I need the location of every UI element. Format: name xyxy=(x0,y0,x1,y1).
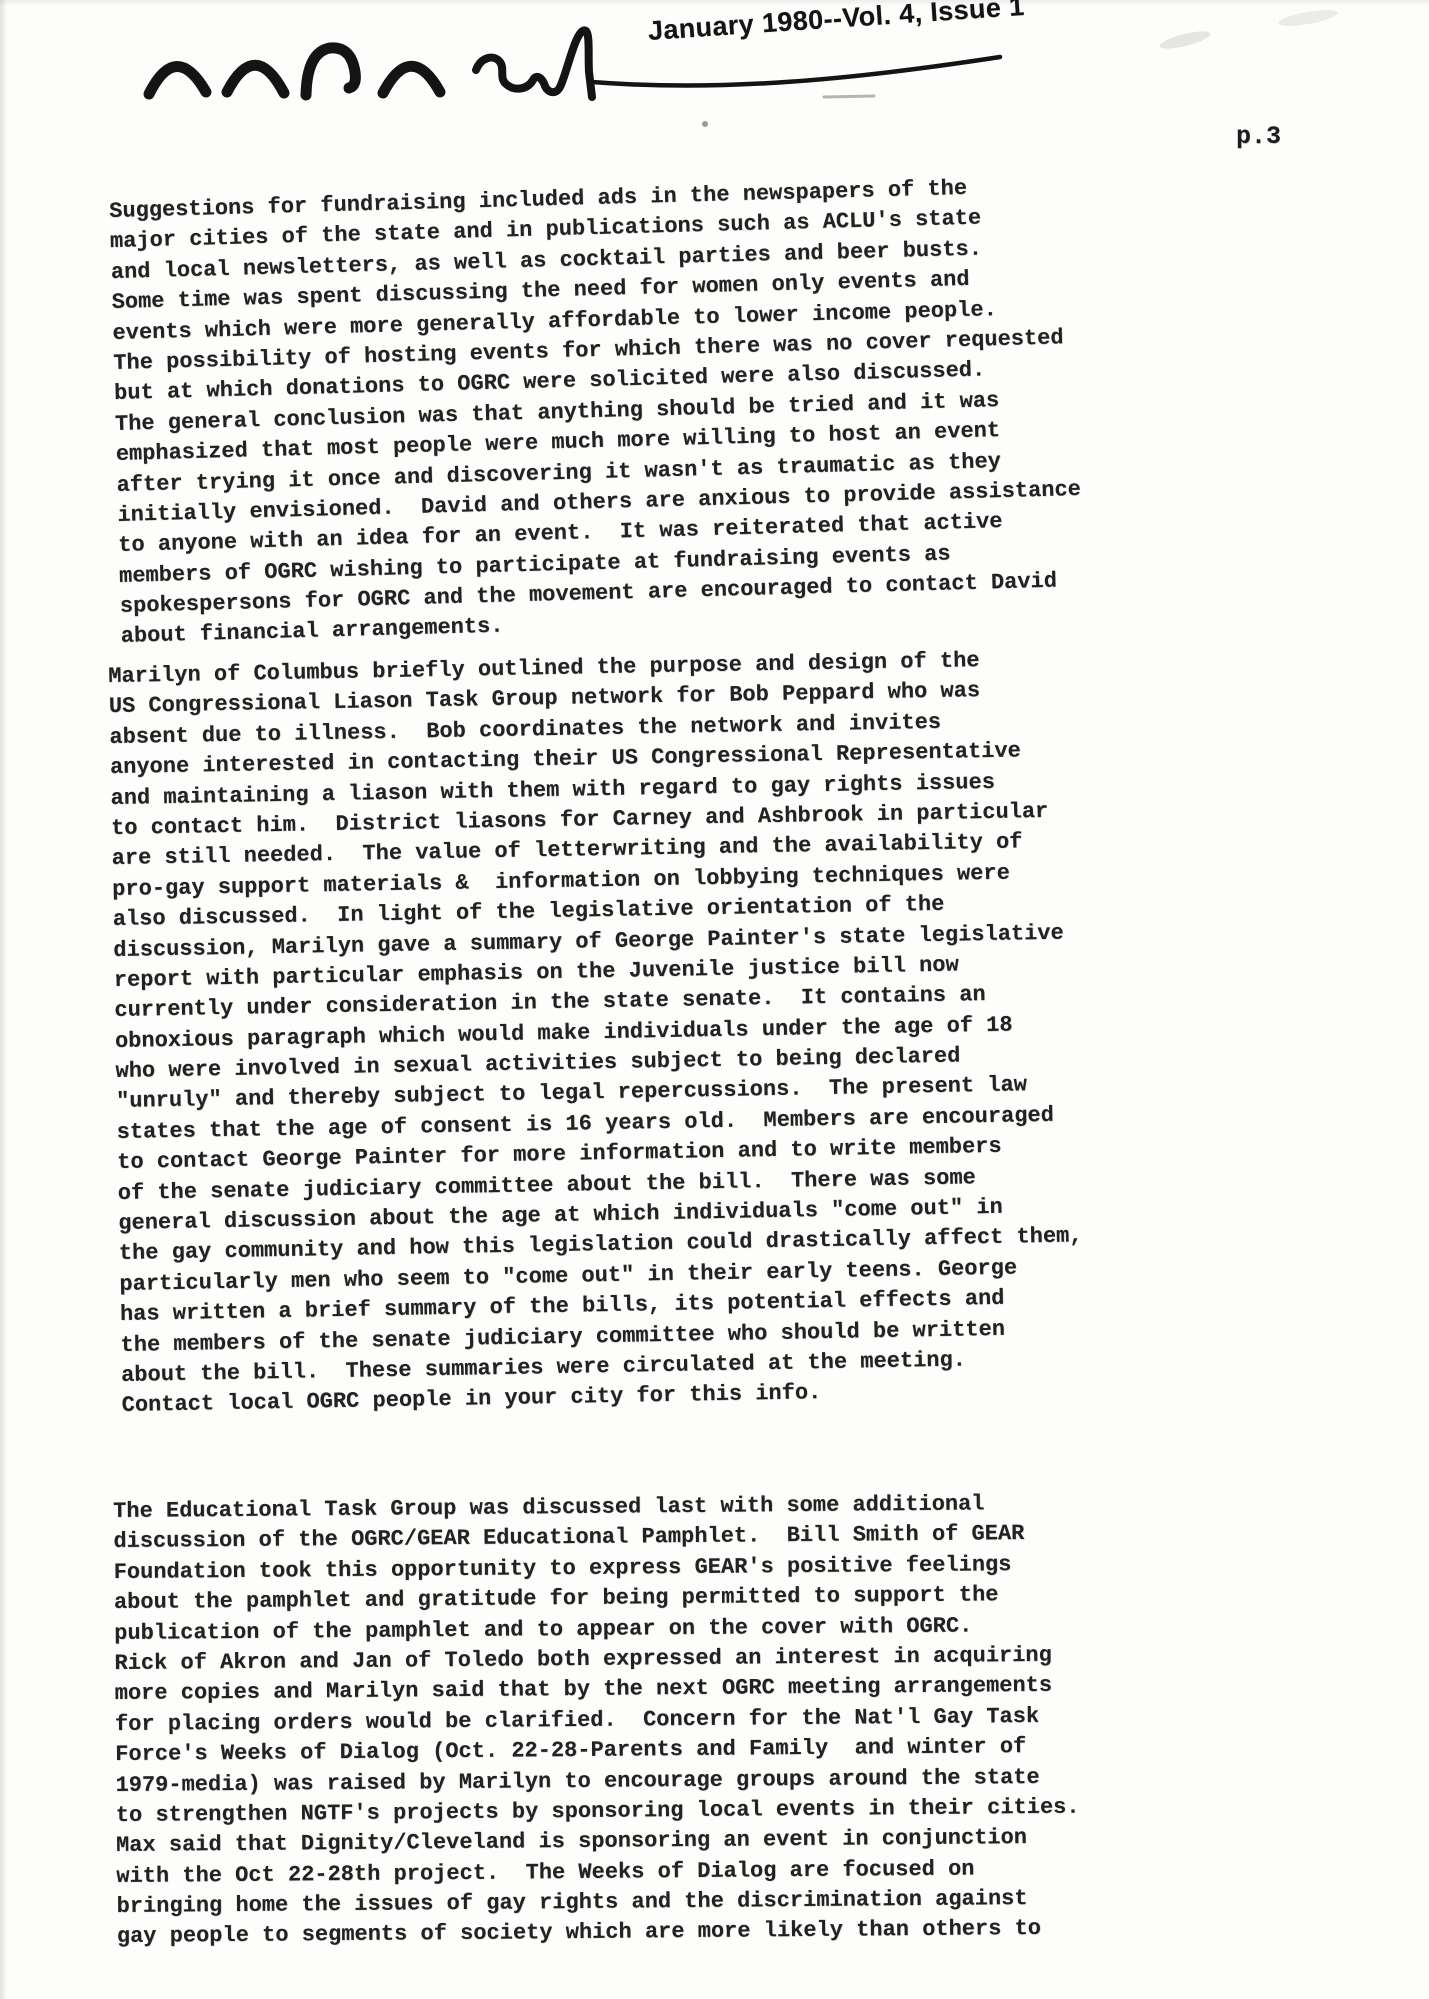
paragraph-educational-task-group: The Educational Task Group was discussed… xyxy=(113,1486,1327,1952)
document-page: January 1980--Vol. 4, Issue 1 p.3 Sugges… xyxy=(0,0,1429,1999)
scan-edge-left xyxy=(0,0,7,1999)
paragraph-congressional-liason-task-group: Marilyn of Columbus briefly outlined the… xyxy=(108,640,1332,1422)
issue-date-line: January 1980--Vol. 4, Issue 1 xyxy=(647,0,1068,47)
scan-edge-top xyxy=(0,0,1429,6)
paragraph-fundraising: Suggestions for fundraising included ads… xyxy=(109,164,1331,652)
page-number: p.3 xyxy=(1236,122,1281,151)
